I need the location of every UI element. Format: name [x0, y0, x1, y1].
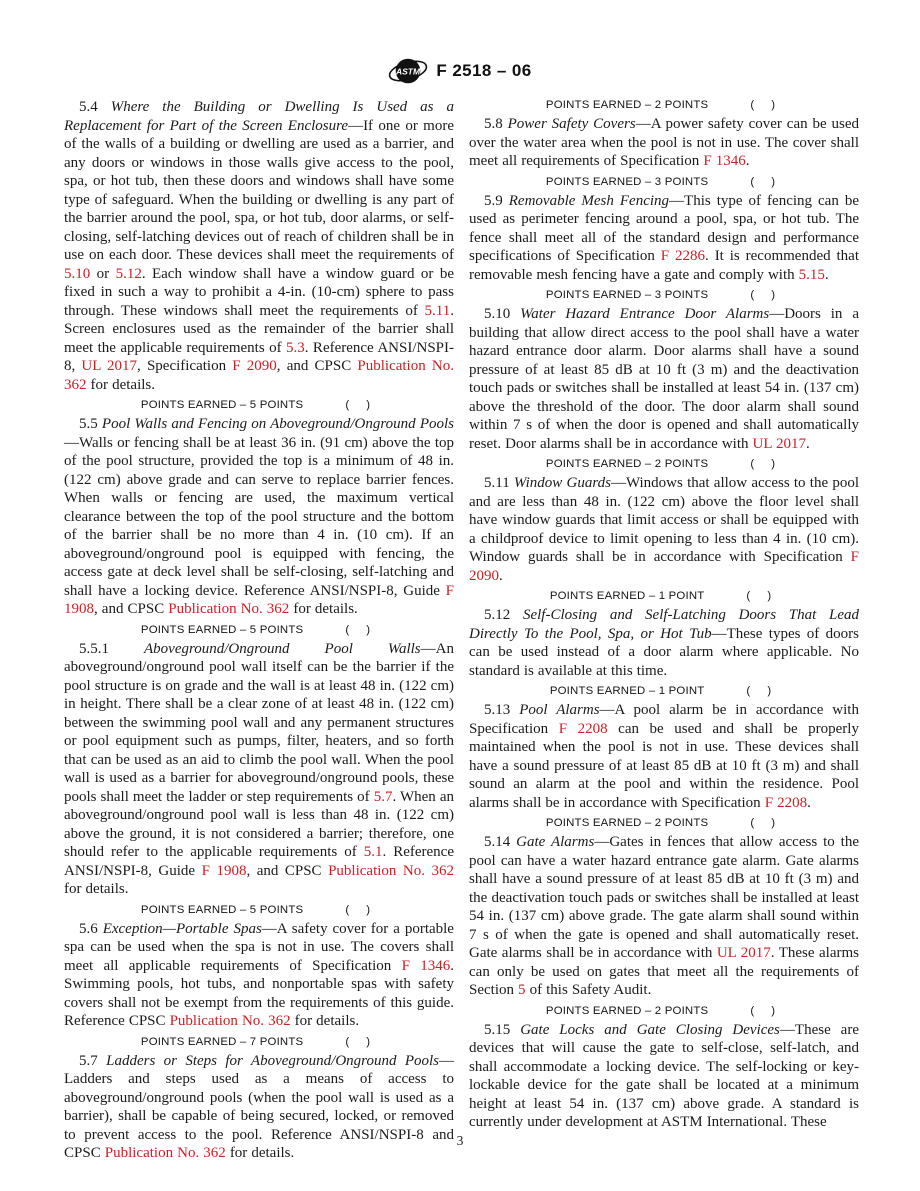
- section-text: , Specification: [137, 358, 232, 374]
- ref-link-5.15[interactable]: 5.15: [799, 267, 825, 283]
- astm-logo: ASTM: [388, 54, 428, 88]
- section-title-5.7: Ladders or Steps for Aboveground/Ongroun…: [106, 1053, 439, 1069]
- section-text: —If one or more of the walls of a buildi…: [64, 118, 454, 264]
- document-page: ASTM F 2518 – 06 5.4 Where the Building …: [0, 0, 920, 1191]
- points-earned-label: POINTS EARNED – 3 POINTS: [546, 289, 708, 301]
- points-earned-label: POINTS EARNED – 5 POINTS: [141, 624, 303, 636]
- section-text: for details.: [291, 1013, 360, 1029]
- ref-link-f-2286[interactable]: F 2286: [661, 248, 705, 264]
- section-text: 5.12: [484, 607, 523, 623]
- astm-logo-text: ASTM: [395, 67, 421, 77]
- two-column-body: 5.4 Where the Building or Dwelling Is Us…: [64, 94, 860, 1163]
- points-earned-line: POINTS EARNED – 2 POINTS( ): [469, 1005, 859, 1017]
- ref-link-5.3[interactable]: 5.3: [286, 340, 305, 356]
- section-title-5.6: Exception—Portable Spas: [103, 921, 262, 937]
- ref-link-f-2090[interactable]: F 2090: [232, 358, 277, 374]
- points-entry-parentheses: ( ): [750, 817, 782, 829]
- right-column: POINTS EARNED – 2 POINTS( )5.8 Power Saf…: [469, 94, 859, 1163]
- points-entry-parentheses: ( ): [750, 289, 782, 301]
- section-text: 5.5: [79, 416, 102, 432]
- section-text: —Gates in fences that allow access to th…: [469, 834, 859, 961]
- section-title-5.5.1: Aboveground/Onground Pool Walls: [144, 641, 421, 657]
- section-title-5.10: Water Hazard Entrance Door Alarms: [520, 306, 769, 322]
- ref-link-5.1[interactable]: 5.1: [364, 844, 383, 860]
- points-earned-line: POINTS EARNED – 1 POINT( ): [469, 685, 859, 697]
- section-text: —Walls or fencing shall be at least 36 i…: [64, 435, 454, 599]
- ref-link-5[interactable]: 5: [518, 982, 526, 998]
- section-paragraph-5.15: 5.15 Gate Locks and Gate Closing Devices…: [469, 1021, 859, 1132]
- section-paragraph-5.4: 5.4 Where the Building or Dwelling Is Us…: [64, 98, 454, 394]
- left-column: 5.4 Where the Building or Dwelling Is Us…: [64, 94, 454, 1163]
- points-entry-parentheses: ( ): [746, 590, 778, 602]
- ref-link-f-1346[interactable]: F 1346: [703, 153, 745, 169]
- points-entry-parentheses: ( ): [345, 399, 377, 411]
- document-footer: 3: [0, 1133, 920, 1149]
- section-title-5.8: Power Safety Covers: [508, 116, 636, 132]
- section-paragraph-5.5.1: 5.5.1 Aboveground/Onground Pool Walls—An…: [64, 640, 454, 899]
- points-earned-label: POINTS EARNED – 3 POINTS: [546, 176, 708, 188]
- points-earned-line: POINTS EARNED – 3 POINTS( ): [469, 289, 859, 301]
- points-earned-label: POINTS EARNED – 2 POINTS: [546, 458, 708, 470]
- section-text: 5.6: [79, 921, 103, 937]
- section-text: 5.7: [79, 1053, 106, 1069]
- section-title-5.9: Removable Mesh Fencing: [509, 193, 669, 209]
- section-text: .: [746, 153, 750, 169]
- section-paragraph-5.13: 5.13 Pool Alarms—A pool alarm be in acco…: [469, 701, 859, 812]
- ref-link-f-2208[interactable]: F 2208: [765, 795, 807, 811]
- section-paragraph-5.9: 5.9 Removable Mesh Fencing—This type of …: [469, 192, 859, 285]
- section-text: —An aboveground/onground pool wall itsel…: [64, 641, 454, 805]
- section-paragraph-5.8: 5.8 Power Safety Covers—A power safety c…: [469, 115, 859, 171]
- ref-link-f-1346[interactable]: F 1346: [402, 958, 451, 974]
- points-earned-label: POINTS EARNED – 5 POINTS: [141, 399, 303, 411]
- ref-link-5.10[interactable]: 5.10: [64, 266, 90, 282]
- points-earned-line: POINTS EARNED – 2 POINTS( ): [469, 99, 859, 111]
- section-text: 5.10: [484, 306, 520, 322]
- doc-number: F 2518 – 06: [436, 61, 531, 81]
- section-text: for details.: [64, 881, 128, 897]
- points-earned-label: POINTS EARNED – 2 POINTS: [546, 99, 708, 111]
- section-text: 5.8: [484, 116, 508, 132]
- section-title-5.13: Pool Alarms: [519, 702, 599, 718]
- points-earned-label: POINTS EARNED – 2 POINTS: [546, 1005, 708, 1017]
- section-text: 5.15: [484, 1022, 520, 1038]
- section-paragraph-5.5: 5.5 Pool Walls and Fencing on Abovegroun…: [64, 415, 454, 619]
- points-earned-label: POINTS EARNED – 1 POINT: [550, 685, 705, 697]
- points-entry-parentheses: ( ): [746, 685, 778, 697]
- points-earned-label: POINTS EARNED – 5 POINTS: [141, 904, 303, 916]
- section-text: for details.: [289, 601, 358, 617]
- section-text: .: [825, 267, 829, 283]
- ref-link-5.7[interactable]: 5.7: [374, 789, 393, 805]
- points-earned-line: POINTS EARNED – 2 POINTS( ): [469, 817, 859, 829]
- section-text: 5.5.1: [79, 641, 144, 657]
- section-text: for details.: [87, 377, 156, 393]
- points-entry-parentheses: ( ): [750, 458, 782, 470]
- points-earned-line: POINTS EARNED – 1 POINT( ): [469, 590, 859, 602]
- ref-link-5.11[interactable]: 5.11: [425, 303, 451, 319]
- section-paragraph-5.11: 5.11 Window Guards—Windows that allow ac…: [469, 474, 859, 585]
- section-text: .: [806, 436, 810, 452]
- ref-link-publication-no.-362[interactable]: Publication No. 362: [328, 863, 454, 879]
- ref-link-5.12[interactable]: 5.12: [116, 266, 142, 282]
- ref-link-f-1908[interactable]: F 1908: [202, 863, 247, 879]
- section-title-5.15: Gate Locks and Gate Closing Devices: [520, 1022, 780, 1038]
- section-text: , and CPSC: [246, 863, 328, 879]
- ref-link-ul-2017[interactable]: UL 2017: [753, 436, 807, 452]
- section-paragraph-5.10: 5.10 Water Hazard Entrance Door Alarms—D…: [469, 305, 859, 453]
- ref-link-ul-2017[interactable]: UL 2017: [717, 945, 771, 961]
- document-header: ASTM F 2518 – 06: [0, 54, 920, 88]
- section-text: , and CPSC: [277, 358, 358, 374]
- ref-link-ul-2017[interactable]: UL 2017: [81, 358, 137, 374]
- section-paragraph-5.6: 5.6 Exception—Portable Spas—A safety cov…: [64, 920, 454, 1031]
- points-earned-label: POINTS EARNED – 2 POINTS: [546, 817, 708, 829]
- section-text: , and CPSC: [94, 601, 168, 617]
- points-entry-parentheses: ( ): [750, 99, 782, 111]
- page-number: 3: [457, 1133, 464, 1148]
- section-paragraph-5.12: 5.12 Self-Closing and Self-Latching Door…: [469, 606, 859, 680]
- points-earned-label: POINTS EARNED – 7 POINTS: [141, 1036, 303, 1048]
- section-text: 5.9: [484, 193, 509, 209]
- points-earned-line: POINTS EARNED – 5 POINTS( ): [64, 399, 454, 411]
- section-title-5.11: Window Guards: [514, 475, 611, 491]
- points-entry-parentheses: ( ): [345, 1036, 377, 1048]
- section-text: of this Safety Audit.: [526, 982, 652, 998]
- section-text: .: [807, 795, 811, 811]
- points-earned-label: POINTS EARNED – 1 POINT: [550, 590, 705, 602]
- section-text: —Doors in a building that allow direct a…: [469, 306, 859, 452]
- points-earned-line: POINTS EARNED – 5 POINTS( ): [64, 904, 454, 916]
- section-paragraph-5.14: 5.14 Gate Alarms—Gates in fences that al…: [469, 833, 859, 1000]
- points-earned-line: POINTS EARNED – 2 POINTS( ): [469, 458, 859, 470]
- points-entry-parentheses: ( ): [345, 624, 377, 636]
- points-entry-parentheses: ( ): [750, 1005, 782, 1017]
- points-entry-parentheses: ( ): [750, 176, 782, 188]
- section-text: or: [90, 266, 115, 282]
- section-text: 5.4: [79, 99, 111, 115]
- ref-link-publication-no.-362[interactable]: Publication No. 362: [168, 601, 289, 617]
- section-text: .: [499, 568, 503, 584]
- section-text: 5.13: [484, 702, 519, 718]
- ref-link-publication-no.-362[interactable]: Publication No. 362: [170, 1013, 291, 1029]
- points-entry-parentheses: ( ): [345, 904, 377, 916]
- section-title-5.5: Pool Walls and Fencing on Aboveground/On…: [102, 416, 454, 432]
- points-earned-line: POINTS EARNED – 7 POINTS( ): [64, 1036, 454, 1048]
- section-title-5.14: Gate Alarms: [516, 834, 594, 850]
- ref-link-f-2208[interactable]: F 2208: [559, 721, 608, 737]
- section-text: 5.11: [484, 475, 514, 491]
- points-earned-line: POINTS EARNED – 3 POINTS( ): [469, 176, 859, 188]
- section-text: 5.14: [484, 834, 516, 850]
- points-earned-line: POINTS EARNED – 5 POINTS( ): [64, 624, 454, 636]
